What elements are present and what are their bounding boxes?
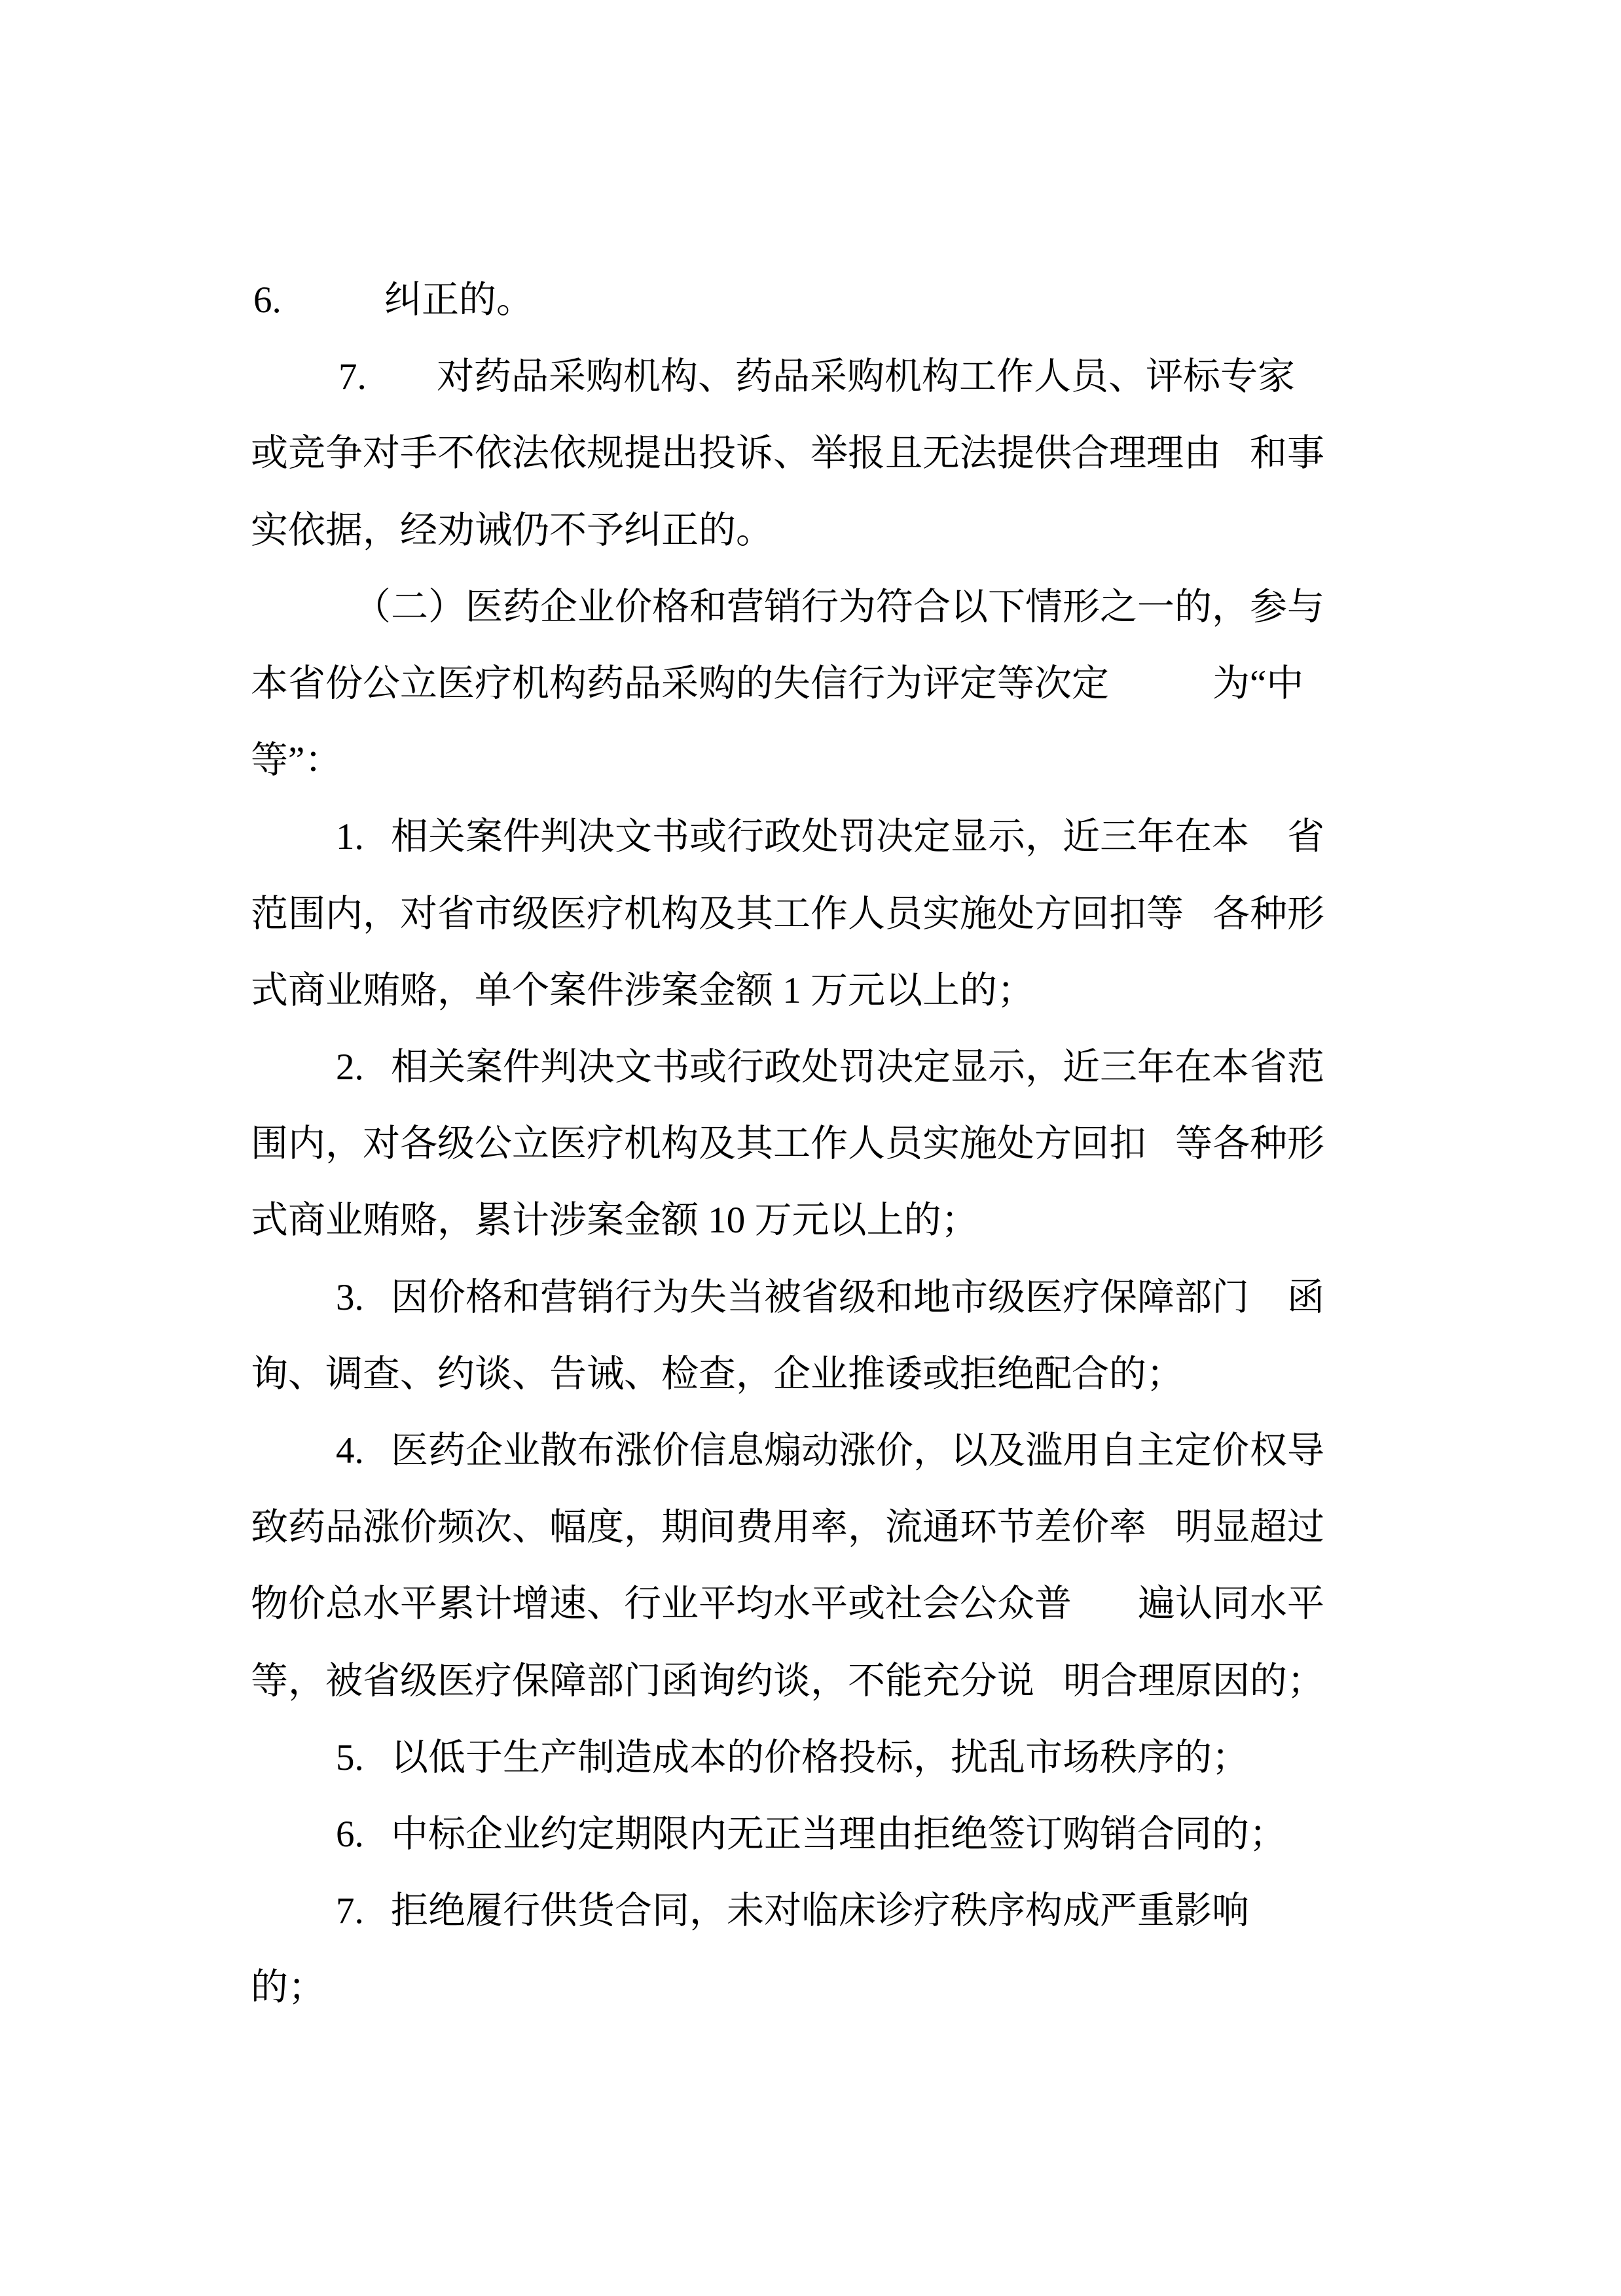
text-line: 6.纠正的。	[0, 281, 1621, 319]
text-segment: 拒绝履行供货合同，未对临床诊疗秩序构成严重影响	[391, 1892, 1249, 1930]
text-segment: 相关案件判决文书或行政处罚决定显示，近三年在本	[391, 1049, 1249, 1086]
text-line: 围内，对各级公立医疗机构及其工作人员实施处方回扣等各种形	[0, 1125, 1621, 1163]
text-segment: 因价格和营销行为失当被省级和地市级医疗保障部门	[391, 1279, 1249, 1317]
text-segment: 权导	[1250, 1432, 1324, 1470]
text-segment: 范围内，对省市级医疗机构及其工作人员实施处方回扣等	[251, 895, 1184, 933]
text-segment: 对药品采购机构、药品采购机构工作人员、评标专家	[437, 358, 1295, 396]
text-segment: 遍认同水平	[1138, 1585, 1324, 1623]
text-line: 本省份公立医疗机构药品采购的失信行为评定等次定为“中	[0, 665, 1621, 703]
text-segment: 和事	[1250, 435, 1324, 473]
text-segment: 7.	[336, 1892, 364, 1930]
text-segment: 明显超过	[1175, 1509, 1324, 1547]
text-line: 7.拒绝履行供货合同，未对临床诊疗秩序构成严重影响	[0, 1892, 1621, 1930]
text-segment: 纠正的。	[384, 281, 534, 319]
text-segment: 相关案件判决文书或行政处罚决定显示，近三年在本	[391, 818, 1249, 856]
text-segment: 以低于生产制造成本的价格投标，扰乱市场秩序的；	[391, 1739, 1249, 1777]
text-segment: 为“中	[1212, 665, 1303, 703]
document-page: 6.纠正的。7.对药品采购机构、药品采购机构工作人员、评标专家或竞争对手不依法依…	[0, 0, 1621, 2296]
text-segment: 等各种形	[1175, 1125, 1324, 1163]
text-segment: 致药品涨价频次、幅度，期间费用率，流通环节差价率	[251, 1509, 1146, 1547]
text-line: 或竞争对手不依法依规提出投诉、举报且无法提供合理理由和事	[0, 435, 1621, 473]
text-line: 等”：	[0, 742, 1621, 780]
text-segment: 式商业贿赂，单个案件涉案金额 1 万元以上的；	[251, 972, 1034, 1010]
text-segment: 2.	[336, 1049, 364, 1086]
text-line: 7.对药品采购机构、药品采购机构工作人员、评标专家	[0, 358, 1621, 396]
text-line: 式商业贿赂，累计涉案金额 10 万元以上的；	[0, 1202, 1621, 1240]
text-line: 2.相关案件判决文书或行政处罚决定显示，近三年在本省范	[0, 1049, 1621, 1086]
text-segment: 1.	[336, 818, 364, 856]
text-line: 1.相关案件判决文书或行政处罚决定显示，近三年在本省	[0, 818, 1621, 856]
text-segment: 省	[1287, 818, 1324, 856]
text-segment: 6.	[336, 1816, 364, 1854]
text-segment: 明合理原因的；	[1063, 1662, 1324, 1700]
text-segment: 3.	[336, 1279, 364, 1317]
text-segment: 等，被省级医疗保障部门函询约谈，不能充分说	[251, 1662, 1034, 1700]
text-segment: 中标企业约定期限内无正当理由拒绝签订购销合同的；	[391, 1816, 1286, 1854]
text-segment: 本省份公立医疗机构药品采购的失信行为评定等次定	[251, 665, 1109, 703]
text-segment: 围内，对各级公立医疗机构及其工作人员实施处方回扣	[251, 1125, 1146, 1163]
text-line: 式商业贿赂，单个案件涉案金额 1 万元以上的；	[0, 972, 1621, 1010]
text-line: （二）医药企业价格和营销行为符合以下情形之一的，参与	[0, 588, 1621, 626]
text-line: 的；	[0, 1969, 1621, 2007]
text-segment: 各种形	[1212, 895, 1324, 933]
text-line: 询、调查、约谈、告诫、检查，企业推诿或拒绝配合的；	[0, 1355, 1621, 1393]
text-segment: 医药企业散布涨价信息煽动涨价，以及滥用自主定价	[391, 1432, 1249, 1470]
text-segment: 7.	[338, 358, 367, 396]
text-line: 4.医药企业散布涨价信息煽动涨价，以及滥用自主定价权导	[0, 1432, 1621, 1470]
text-line: 3.因价格和营销行为失当被省级和地市级医疗保障部门函	[0, 1279, 1621, 1317]
document-text-layer: 6.纠正的。7.对药品采购机构、药品采购机构工作人员、评标专家或竞争对手不依法依…	[0, 0, 1621, 2296]
text-segment: 询、调查、约谈、告诫、检查，企业推诿或拒绝配合的；	[251, 1355, 1184, 1393]
text-line: 范围内，对省市级医疗机构及其工作人员实施处方回扣等各种形	[0, 895, 1621, 933]
text-segment: 省范	[1250, 1049, 1324, 1086]
text-line: 6.中标企业约定期限内无正当理由拒绝签订购销合同的；	[0, 1816, 1621, 1854]
text-segment: 物价总水平累计增速、行业平均水平或社会公众普	[251, 1585, 1072, 1623]
text-segment: 参与	[1250, 588, 1324, 626]
text-segment: 函	[1287, 1279, 1324, 1317]
text-segment: 实依据，经劝诫仍不予纠正的。	[251, 512, 773, 550]
text-segment: （二）医药企业价格和营销行为符合以下情形之一的，	[354, 588, 1249, 626]
text-line: 5.以低于生产制造成本的价格投标，扰乱市场秩序的；	[0, 1739, 1621, 1777]
text-line: 物价总水平累计增速、行业平均水平或社会公众普遍认同水平	[0, 1585, 1621, 1623]
text-segment: 6.	[253, 281, 282, 319]
text-line: 实依据，经劝诫仍不予纠正的。	[0, 512, 1621, 550]
text-segment: 的；	[251, 1969, 325, 2007]
text-segment: 等”：	[251, 742, 342, 780]
text-segment: 5.	[336, 1739, 364, 1777]
text-line: 等，被省级医疗保障部门函询约谈，不能充分说明合理原因的；	[0, 1662, 1621, 1700]
text-line: 致药品涨价频次、幅度，期间费用率，流通环节差价率明显超过	[0, 1509, 1621, 1547]
text-segment: 式商业贿赂，累计涉案金额 10 万元以上的；	[251, 1202, 979, 1240]
text-segment: 4.	[336, 1432, 364, 1470]
text-segment: 或竞争对手不依法依规提出投诉、举报且无法提供合理理由	[251, 435, 1221, 473]
